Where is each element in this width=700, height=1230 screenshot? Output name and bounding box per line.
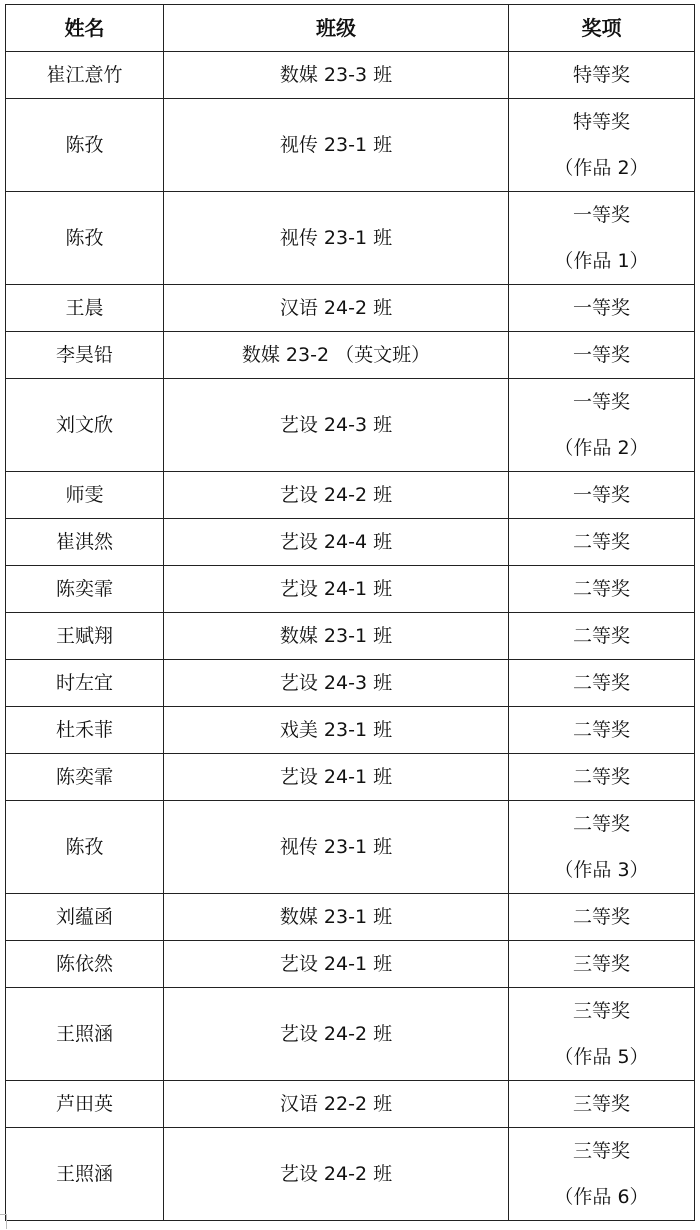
cell-class: 视传 23-1 班 — [164, 192, 509, 285]
award-label: 特等奖 — [511, 99, 692, 145]
cell-class: 艺设 24-4 班 — [164, 519, 509, 566]
awards-table: 姓名 班级 奖项 崔江意竹数媒 23-3 班特等奖陈孜视传 23-1 班特等奖（… — [5, 4, 695, 1221]
table-row: 陈孜视传 23-1 班一等奖（作品 1） — [6, 192, 695, 285]
header-award: 奖项 — [509, 5, 695, 52]
cell-name: 时左宜 — [6, 660, 164, 707]
award-label: 二等奖 — [511, 519, 692, 565]
award-note: （作品 1） — [511, 238, 692, 284]
award-label: 一等奖 — [511, 379, 692, 425]
cell-name: 李昊铅 — [6, 332, 164, 379]
award-label: 一等奖 — [511, 192, 692, 238]
cell-name: 陈孜 — [6, 192, 164, 285]
cell-award: 三等奖（作品 6） — [509, 1128, 695, 1221]
table-row: 时左宜艺设 24-3 班二等奖 — [6, 660, 695, 707]
cell-name: 王照涵 — [6, 988, 164, 1081]
cell-award: 一等奖 — [509, 285, 695, 332]
cell-name: 崔淇然 — [6, 519, 164, 566]
award-note: （作品 5） — [511, 1034, 692, 1080]
table-row: 刘蕴函数媒 23-1 班二等奖 — [6, 894, 695, 941]
award-label: 二等奖 — [511, 801, 692, 847]
table-row: 崔淇然艺设 24-4 班二等奖 — [6, 519, 695, 566]
table-row: 陈奕霏艺设 24-1 班二等奖 — [6, 566, 695, 613]
cell-name: 师雯 — [6, 472, 164, 519]
cell-award: 特等奖 — [509, 52, 695, 99]
award-note: （作品 3） — [511, 847, 692, 893]
table-body: 崔江意竹数媒 23-3 班特等奖陈孜视传 23-1 班特等奖（作品 2）陈孜视传… — [6, 52, 695, 1221]
award-label: 一等奖 — [511, 332, 692, 378]
table-row: 王照涵艺设 24-2 班三等奖（作品 5） — [6, 988, 695, 1081]
award-label: 三等奖 — [511, 988, 692, 1034]
cell-award: 一等奖（作品 1） — [509, 192, 695, 285]
cell-name: 杜禾菲 — [6, 707, 164, 754]
cell-class: 数媒 23-3 班 — [164, 52, 509, 99]
cell-award: 二等奖 — [509, 613, 695, 660]
award-label: 二等奖 — [511, 894, 692, 940]
award-label: 三等奖 — [511, 1081, 692, 1127]
table-row: 李昊铅数媒 23-2 （英文班）一等奖 — [6, 332, 695, 379]
cell-award: 三等奖 — [509, 941, 695, 988]
cell-award: 二等奖 — [509, 707, 695, 754]
cell-name: 陈孜 — [6, 801, 164, 894]
cell-class: 视传 23-1 班 — [164, 99, 509, 192]
award-label: 一等奖 — [511, 472, 692, 518]
award-label: 一等奖 — [511, 285, 692, 331]
cell-class: 艺设 24-1 班 — [164, 941, 509, 988]
award-label: 二等奖 — [511, 613, 692, 659]
table-row: 陈孜视传 23-1 班二等奖（作品 3） — [6, 801, 695, 894]
cell-name: 王照涵 — [6, 1128, 164, 1221]
cell-class: 数媒 23-2 （英文班） — [164, 332, 509, 379]
award-label: 二等奖 — [511, 707, 692, 753]
cell-class: 数媒 23-1 班 — [164, 613, 509, 660]
table-row: 杜禾菲戏美 23-1 班二等奖 — [6, 707, 695, 754]
header-name: 姓名 — [6, 5, 164, 52]
header-class: 班级 — [164, 5, 509, 52]
cell-name: 王赋翔 — [6, 613, 164, 660]
cell-award: 二等奖 — [509, 754, 695, 801]
cell-name: 崔江意竹 — [6, 52, 164, 99]
cell-award: 三等奖 — [509, 1081, 695, 1128]
award-label: 特等奖 — [511, 52, 692, 98]
cell-award: 二等奖 — [509, 566, 695, 613]
cell-class: 艺设 24-2 班 — [164, 988, 509, 1081]
cell-class: 数媒 23-1 班 — [164, 894, 509, 941]
award-note: （作品 2） — [511, 425, 692, 471]
paragraph-mark-icon — [0, 1214, 7, 1229]
cell-name: 陈奕霏 — [6, 754, 164, 801]
cell-name: 刘文欣 — [6, 379, 164, 472]
award-label: 三等奖 — [511, 941, 692, 987]
table-row: 芦田英汉语 22-2 班三等奖 — [6, 1081, 695, 1128]
award-label: 二等奖 — [511, 754, 692, 800]
cell-award: 二等奖 — [509, 519, 695, 566]
cell-class: 艺设 24-3 班 — [164, 660, 509, 707]
cell-award: 二等奖 — [509, 894, 695, 941]
award-label: 二等奖 — [511, 566, 692, 612]
cell-class: 视传 23-1 班 — [164, 801, 509, 894]
cell-class: 戏美 23-1 班 — [164, 707, 509, 754]
cell-class: 艺设 24-3 班 — [164, 379, 509, 472]
table-row: 王照涵艺设 24-2 班三等奖（作品 6） — [6, 1128, 695, 1221]
table-row: 王晨汉语 24-2 班一等奖 — [6, 285, 695, 332]
cell-award: 一等奖 — [509, 472, 695, 519]
cell-class: 汉语 22-2 班 — [164, 1081, 509, 1128]
table-row: 师雯艺设 24-2 班一等奖 — [6, 472, 695, 519]
cell-class: 艺设 24-2 班 — [164, 472, 509, 519]
cell-award: 特等奖（作品 2） — [509, 99, 695, 192]
cell-award: 一等奖（作品 2） — [509, 379, 695, 472]
cell-class: 汉语 24-2 班 — [164, 285, 509, 332]
cell-class: 艺设 24-1 班 — [164, 566, 509, 613]
table-row: 刘文欣艺设 24-3 班一等奖（作品 2） — [6, 379, 695, 472]
header-row: 姓名 班级 奖项 — [6, 5, 695, 52]
table-row: 陈奕霏艺设 24-1 班二等奖 — [6, 754, 695, 801]
award-label: 三等奖 — [511, 1128, 692, 1174]
table-row: 王赋翔数媒 23-1 班二等奖 — [6, 613, 695, 660]
award-note: （作品 2） — [511, 145, 692, 191]
cell-name: 陈依然 — [6, 941, 164, 988]
cell-name: 陈孜 — [6, 99, 164, 192]
cell-class: 艺设 24-2 班 — [164, 1128, 509, 1221]
award-label: 二等奖 — [511, 660, 692, 706]
cell-award: 二等奖 — [509, 660, 695, 707]
cell-name: 王晨 — [6, 285, 164, 332]
cell-award: 一等奖 — [509, 332, 695, 379]
cell-name: 芦田英 — [6, 1081, 164, 1128]
table-row: 陈依然艺设 24-1 班三等奖 — [6, 941, 695, 988]
cell-class: 艺设 24-1 班 — [164, 754, 509, 801]
award-note: （作品 6） — [511, 1174, 692, 1220]
cell-award: 三等奖（作品 5） — [509, 988, 695, 1081]
table-row: 陈孜视传 23-1 班特等奖（作品 2） — [6, 99, 695, 192]
cell-name: 刘蕴函 — [6, 894, 164, 941]
cell-award: 二等奖（作品 3） — [509, 801, 695, 894]
table-row: 崔江意竹数媒 23-3 班特等奖 — [6, 52, 695, 99]
cell-name: 陈奕霏 — [6, 566, 164, 613]
